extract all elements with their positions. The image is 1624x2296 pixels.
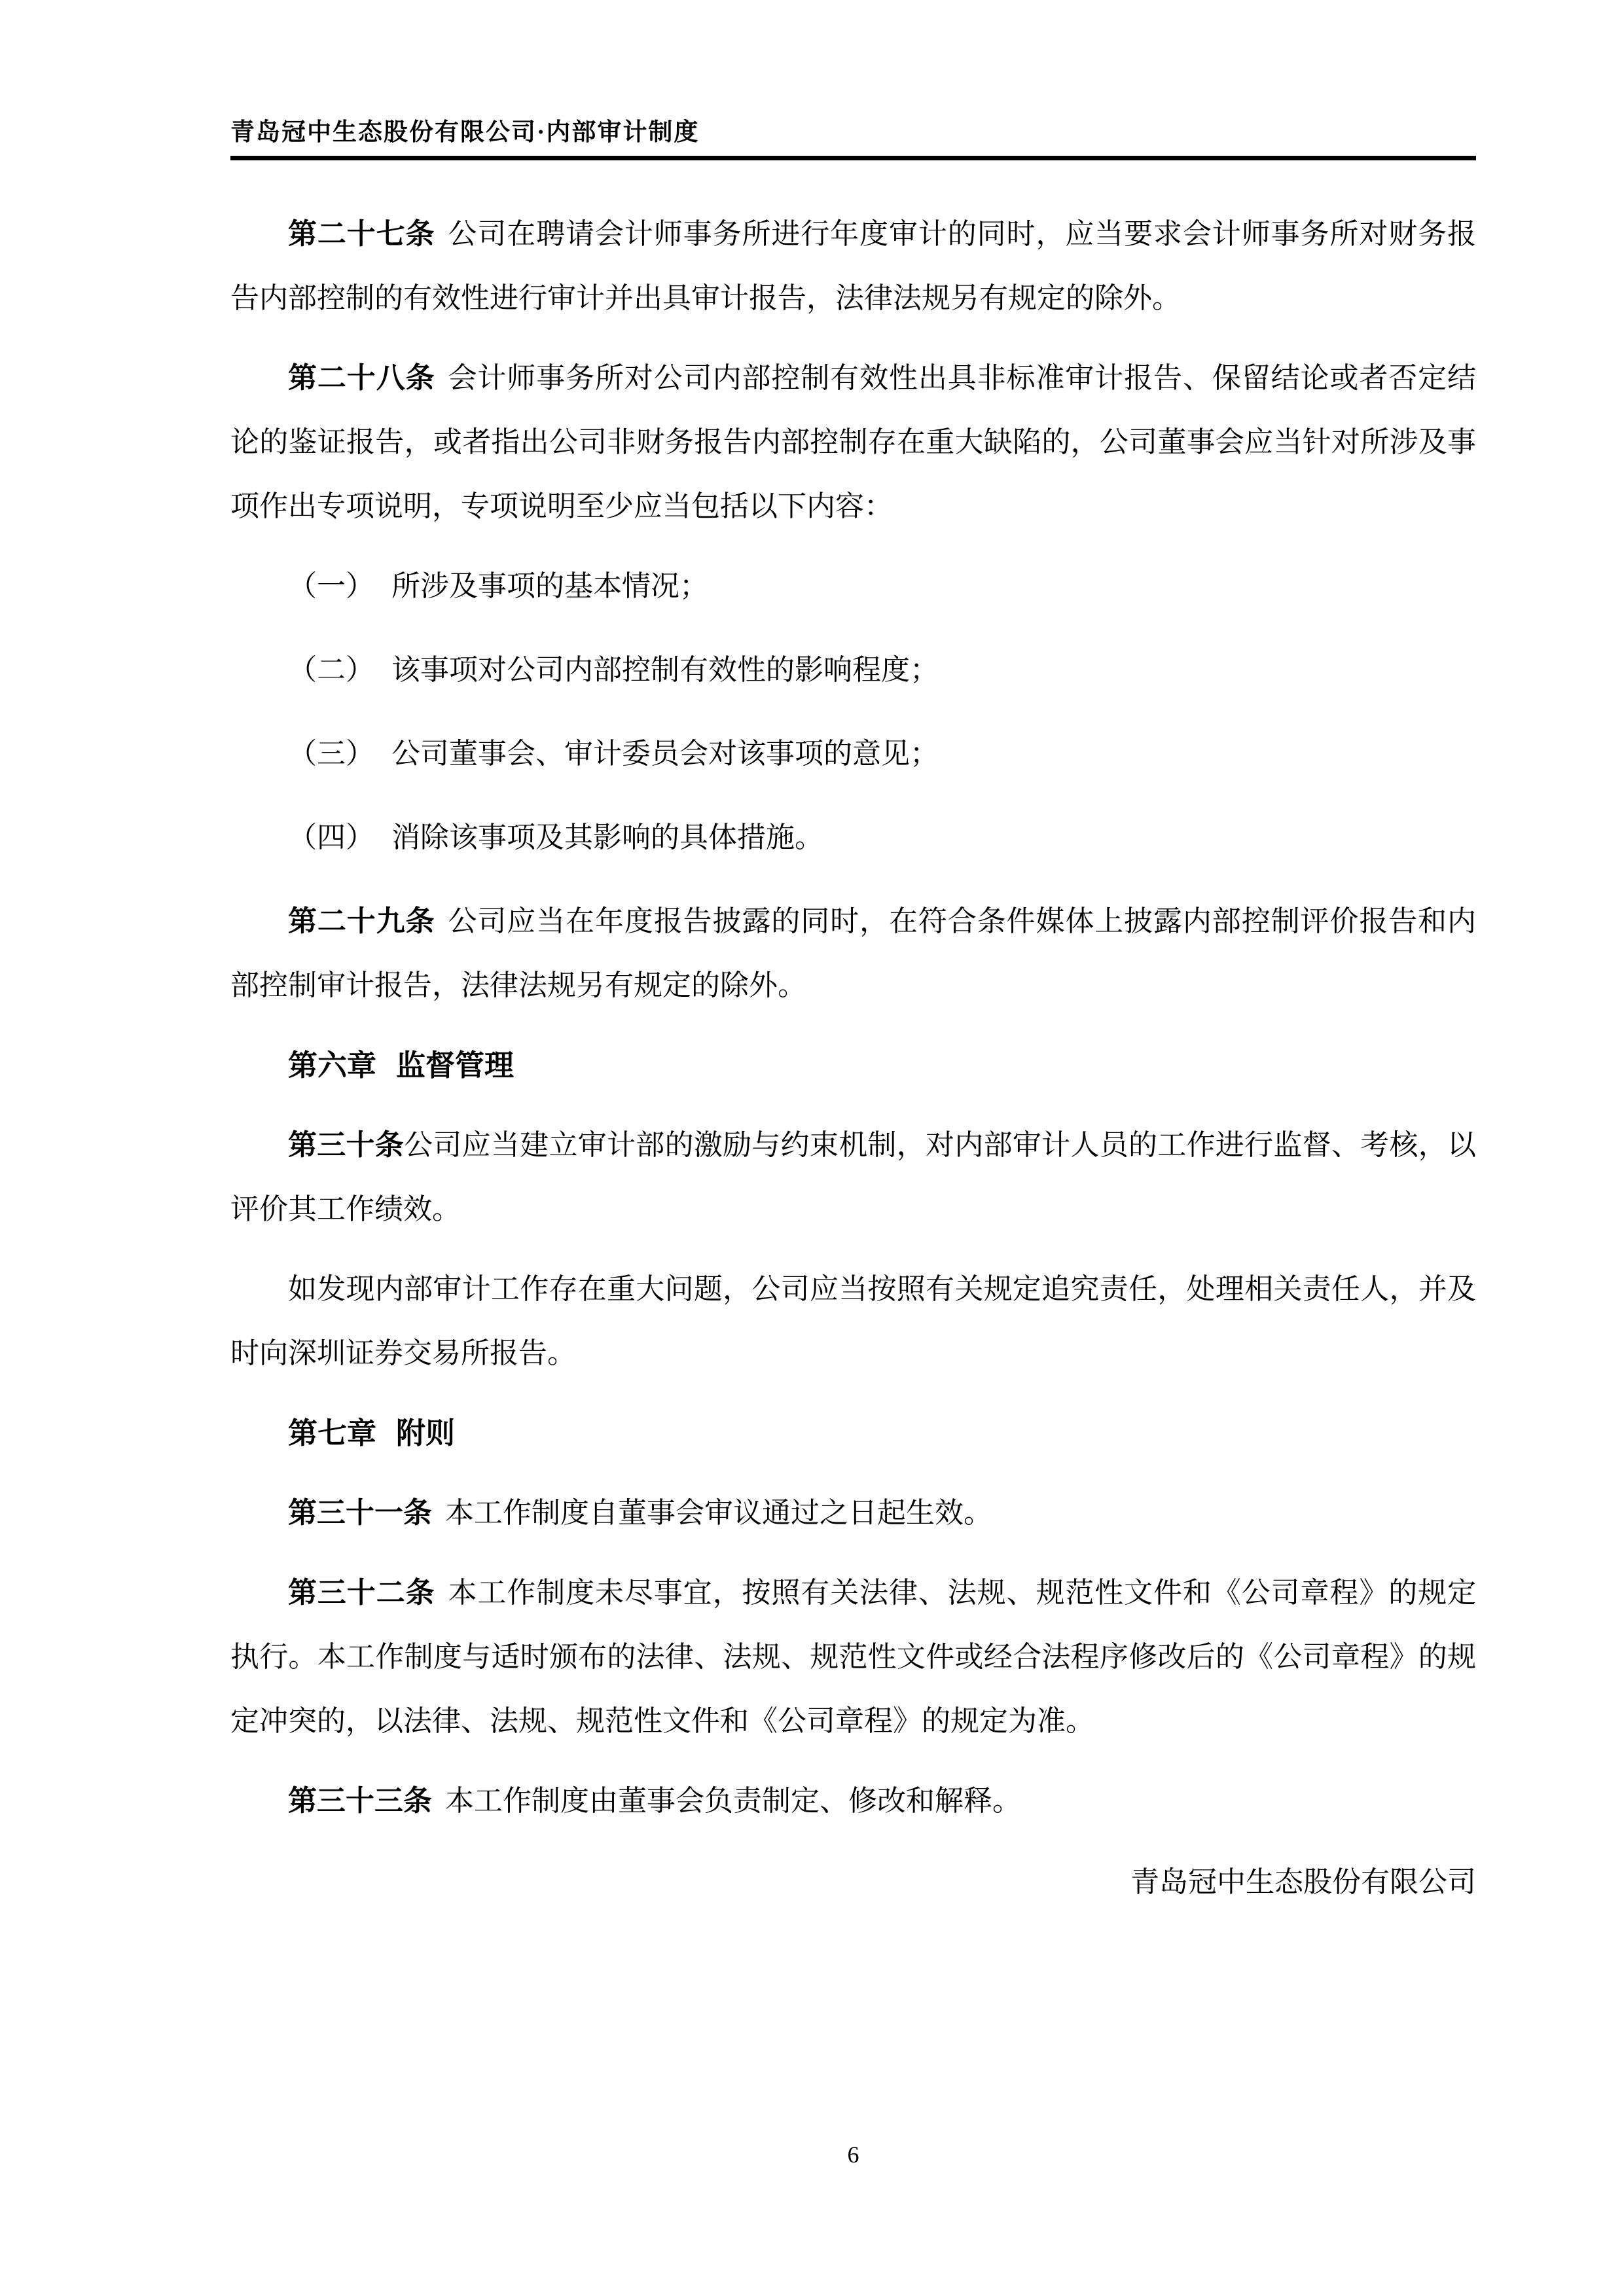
list-item-4-number: （四） — [288, 821, 374, 853]
list-item-3-number: （三） — [288, 738, 374, 770]
article-30-label: 第三十条 — [288, 1129, 404, 1161]
list-item-4: （四）消除该事项及其影响的具体措施。 — [230, 806, 1476, 870]
chapter-7-heading: 第七章附则 — [230, 1401, 1476, 1465]
page-footer: 6 — [230, 2142, 1476, 2168]
list-item-1-text: 所涉及事项的基本情况； — [391, 570, 708, 602]
supervision-paragraph: 如发现内部审计工作存在重大问题，公司应当按照有关规定追究责任，处理相关责任人，并… — [230, 1257, 1476, 1386]
document-page: 青岛冠中生态股份有限公司·内部审计制度 第二十七条公司在聘请会计师事务所进行年度… — [0, 0, 1624, 2296]
list-item-1-number: （一） — [288, 570, 374, 602]
page-header-title: 青岛冠中生态股份有限公司·内部审计制度 — [230, 119, 699, 146]
article-28-label: 第二十八条 — [288, 362, 435, 394]
signature-company-name: 青岛冠中生态股份有限公司 — [1130, 1866, 1476, 1898]
article-29: 第二十九条公司应当在年度报告披露的同时，在符合条件媒体上披露内部控制评价报告和内… — [230, 889, 1476, 1018]
list-item-2: （二）该事项对公司内部控制有效性的影响程度； — [230, 638, 1476, 702]
list-item-3: （三）公司董事会、审计委员会对该事项的意见； — [230, 722, 1476, 786]
article-33-label: 第三十三条 — [288, 1785, 432, 1817]
page-header: 青岛冠中生态股份有限公司·内部审计制度 — [230, 118, 1476, 160]
list-item-2-text: 该事项对公司内部控制有效性的影响程度； — [391, 654, 939, 686]
article-31-text: 本工作制度自董事会审议通过之日起生效。 — [445, 1497, 992, 1529]
article-32: 第三十二条本工作制度未尽事宜，按照有关法律、法规、规范性文件和《公司章程》的规定… — [230, 1561, 1476, 1753]
article-33: 第三十三条本工作制度由董事会负责制定、修改和解释。 — [230, 1769, 1476, 1833]
article-27-label: 第二十七条 — [288, 218, 435, 250]
chapter-6-label: 第六章 — [288, 1049, 376, 1082]
article-30-text: 公司应当建立审计部的激励与约束机制，对内部审计人员的工作进行监督、考核，以评价其… — [230, 1129, 1476, 1225]
article-27: 第二十七条公司在聘请会计师事务所进行年度审计的同时，应当要求会计师事务所对财务报… — [230, 202, 1476, 331]
chapter-7-title: 附则 — [396, 1417, 455, 1450]
article-28: 第二十八条会计师事务所对公司内部控制有效性出具非标准审计报告、保留结论或者否定结… — [230, 346, 1476, 539]
list-item-4-text: 消除该事项及其影响的具体措施。 — [391, 821, 823, 853]
supervision-paragraph-text: 如发现内部审计工作存在重大问题，公司应当按照有关规定追究责任，处理相关责任人，并… — [230, 1273, 1476, 1369]
article-31-label: 第三十一条 — [288, 1497, 432, 1529]
chapter-7-label: 第七章 — [288, 1417, 376, 1450]
signature-line: 青岛冠中生态股份有限公司 — [230, 1850, 1476, 1914]
chapter-6-title: 监督管理 — [396, 1049, 514, 1082]
document-body: 第二十七条公司在聘请会计师事务所进行年度审计的同时，应当要求会计师事务所对财务报… — [230, 202, 1476, 1914]
list-item-2-number: （二） — [288, 654, 374, 686]
list-item-3-text: 公司董事会、审计委员会对该事项的意见； — [391, 738, 939, 770]
article-33-text: 本工作制度由董事会负责制定、修改和解释。 — [445, 1785, 1021, 1817]
chapter-6-heading: 第六章监督管理 — [230, 1033, 1476, 1098]
article-31: 第三十一条本工作制度自董事会审议通过之日起生效。 — [230, 1481, 1476, 1545]
page-number: 6 — [848, 2142, 859, 2168]
list-item-1: （一）所涉及事项的基本情况； — [230, 554, 1476, 619]
article-32-label: 第三十二条 — [288, 1577, 435, 1609]
article-30: 第三十条公司应当建立审计部的激励与约束机制，对内部审计人员的工作进行监督、考核，… — [230, 1113, 1476, 1242]
article-29-label: 第二十九条 — [288, 905, 435, 937]
